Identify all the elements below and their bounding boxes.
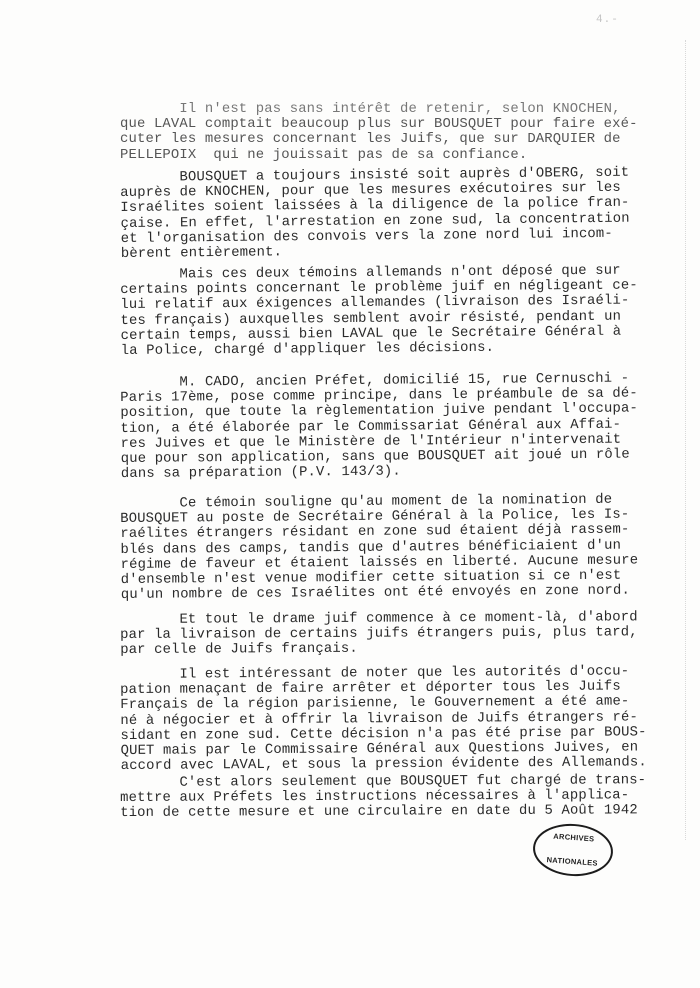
text-line: cuter les mesures concernant les Juifs, … [120, 132, 700, 147]
text-line: dans sa préparation (P.V. 143/3). [121, 462, 700, 482]
paragraph-drame-juif: Et tout le drame juif commence à ce mome… [120, 610, 700, 659]
text-line: tion de cette mesure et une circulaire e… [120, 803, 700, 821]
text-line: PELLEPOIX qui ne jouissait pas de sa con… [120, 148, 700, 163]
text-line: Il n'est pas sans intérêt de retenir, se… [120, 102, 700, 117]
paragraph-circulaire: C'est alors seulement que BOUSQUET fut c… [120, 773, 700, 822]
paragraph-cado: M. CADO, ancien Préfet, domicilié 15, ru… [120, 371, 700, 482]
archives-nationales-stamp: ARCHIVES NATIONALES [531, 821, 614, 878]
paragraph-temoins-allemands: Mais ces deux témoins allemands n'ont dé… [120, 263, 700, 359]
page-number: 4.- [596, 14, 619, 26]
text-line: qu'un nombre de ces Israélites ont été e… [121, 583, 700, 603]
paragraph-bousquet-oberg: BOUSQUET a toujours insisté soit auprès … [120, 165, 700, 262]
stamp-top-text: ARCHIVES [536, 830, 612, 844]
stamp-bottom-text: NATIONALES [534, 854, 610, 868]
text-line: que LAVAL comptait beaucoup plus sur BOU… [120, 117, 700, 132]
paragraph-knochen-laval: Il n'est pas sans intérêt de retenir, se… [120, 102, 700, 163]
document-page: 4.- Il n'est pas sans intérêt de retenir… [0, 0, 700, 988]
paragraph-temoin-souligne: Ce témoin souligne qu'au moment de la no… [120, 492, 700, 603]
text-line: par celle de Juifs français. [120, 640, 700, 658]
paragraph-autorites-occupation: Il est intéressant de noter que les auto… [120, 664, 700, 774]
text-line: la Police, chargé d'appliquer les décisi… [121, 339, 700, 359]
